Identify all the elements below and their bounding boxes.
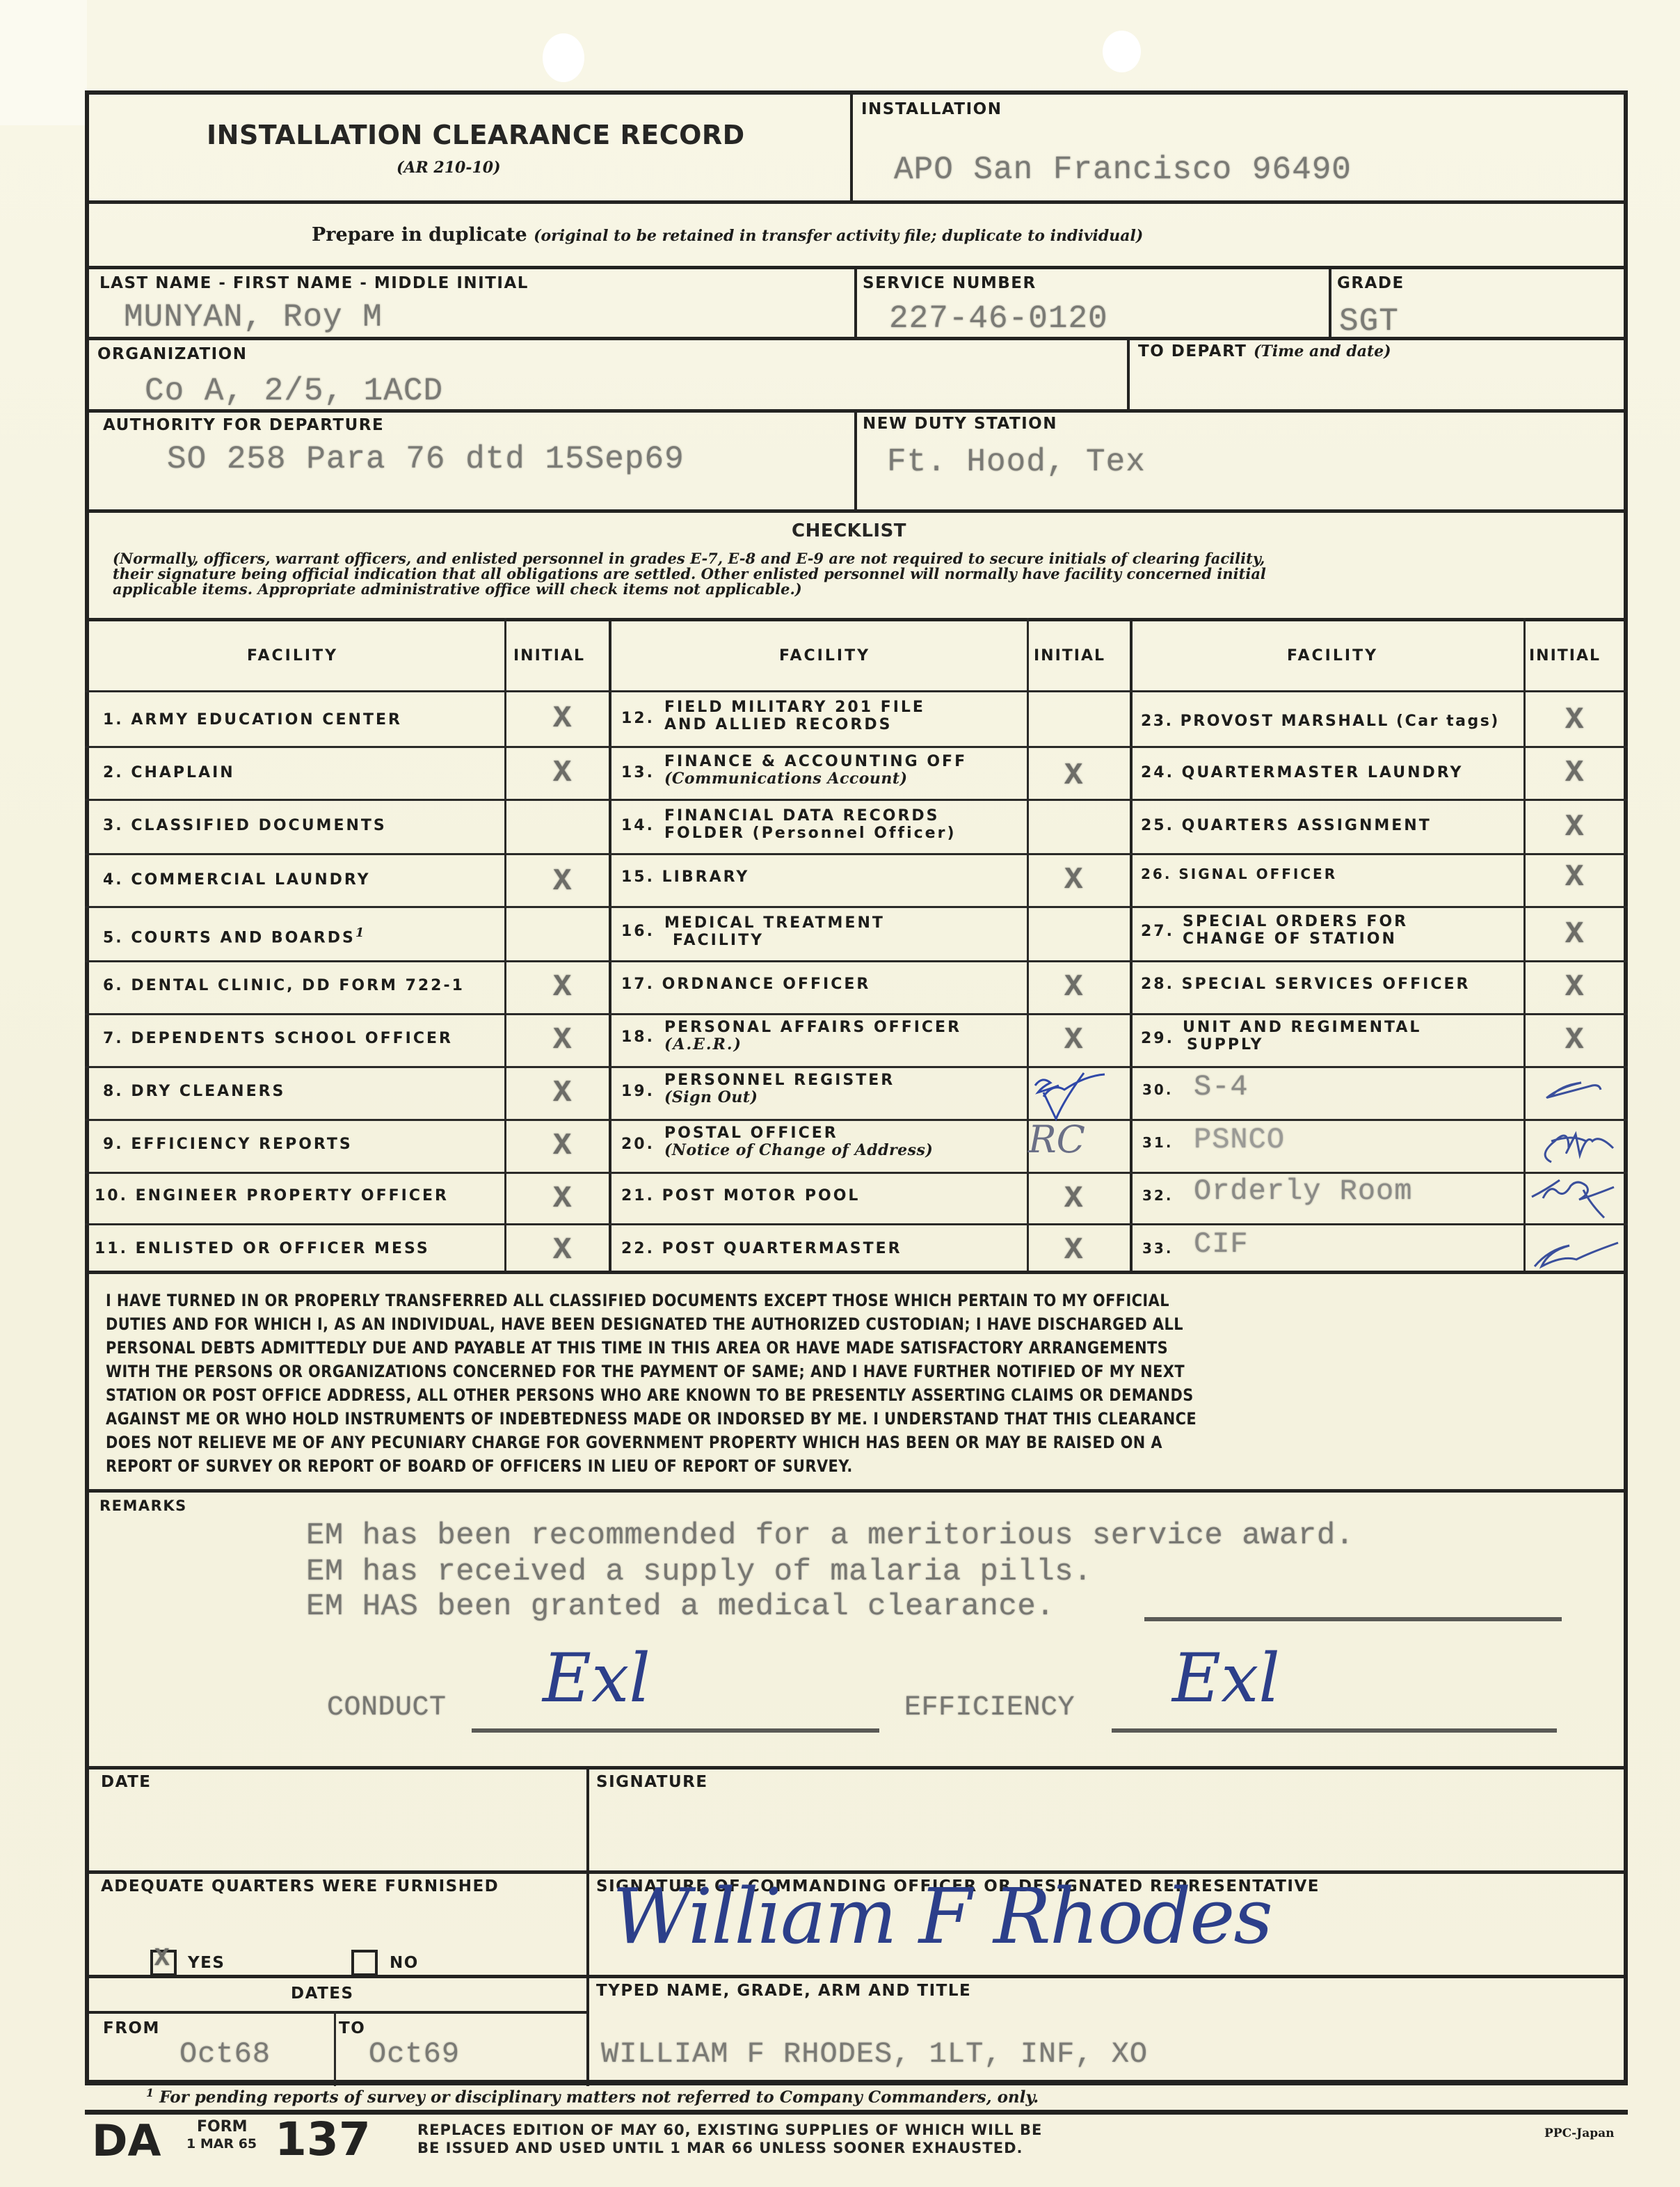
item-label: DEPENDENTS SCHOOL OFFICER xyxy=(131,1030,453,1047)
footnote-text: For pending reports of survey or discipl… xyxy=(159,2088,1039,2107)
item-label: ENGINEER PROPERTY OFFICER xyxy=(136,1187,449,1204)
checklist-note-line: (Normally, officers, warrant officers, a… xyxy=(113,551,1266,566)
certification-line: WITH THE PERSONS OR ORGANIZATIONS CONCER… xyxy=(106,1360,1197,1383)
item-number: 3. xyxy=(103,817,124,834)
to-field[interactable]: Oct69 xyxy=(369,2037,460,2071)
item-label: EFFICIENCY REPORTS xyxy=(131,1136,352,1153)
certification-line: AGAINST ME OR WHO HOLD INSTRUMENTS OF IN… xyxy=(106,1407,1197,1431)
item-number: 5. xyxy=(103,929,124,946)
item-label-line2: CHANGE OF STATION xyxy=(1183,930,1408,948)
initial-mark[interactable]: X xyxy=(1064,863,1082,898)
signature-field[interactable] xyxy=(596,1802,1612,1865)
certification-line: REPORT OF SURVEY OR REPORT OF BOARD OF O… xyxy=(106,1454,1197,1478)
item-number: 8. xyxy=(103,1083,124,1100)
checklist-item-33: CIF xyxy=(1194,1227,1249,1261)
checklist-item-24: 24. QUARTERMASTER LAUNDRY xyxy=(1141,764,1463,781)
co-signature-field[interactable]: William F Rhodes xyxy=(612,1872,1272,1961)
replaces-note: REPLACES EDITION OF MAY 60, EXISTING SUP… xyxy=(417,2121,1042,2157)
facility-header-2: FACILITY xyxy=(779,647,870,665)
initial-mark[interactable]: X xyxy=(1565,1023,1583,1058)
item-label-line2: FOLDER (Personnel Officer) xyxy=(664,825,957,842)
certification-line: I HAVE TURNED IN OR PROPERLY TRANSFERRED… xyxy=(106,1289,1197,1312)
initial-mark[interactable]: X xyxy=(1064,1182,1082,1216)
form-page: INSTALLATION CLEARANCE RECORD (AR 210-10… xyxy=(0,0,1680,2187)
name-label: LAST NAME - FIRST NAME - MIDDLE INITIAL xyxy=(99,274,529,292)
item-label: CLASSIFIED DOCUMENTS xyxy=(131,817,386,834)
item-number: 6. xyxy=(103,977,124,994)
checklist-item-17: 17. ORDNANCE OFFICER xyxy=(621,976,870,993)
item-label: ENLISTED OR OFFICER MESS xyxy=(136,1240,430,1257)
form-date: 1 MAR 65 xyxy=(186,2136,257,2152)
to-depart-hint: (Time and date) xyxy=(1254,342,1391,360)
new-duty-label: NEW DUTY STATION xyxy=(863,415,1057,433)
signature-label: SIGNATURE xyxy=(596,1773,708,1791)
date-field[interactable] xyxy=(101,1802,574,1865)
initial-mark[interactable]: X xyxy=(553,1023,571,1058)
item-label: PERSONNEL REGISTER xyxy=(664,1072,895,1089)
item-label: LIBRARY xyxy=(662,868,750,886)
from-label: FROM xyxy=(103,2019,160,2037)
item-number: 30. xyxy=(1142,1081,1173,1099)
checklist-item-13: FINANCE & ACCOUNTING OFF(Communications … xyxy=(664,753,967,788)
authority-field[interactable]: SO 258 Para 76 dtd 15Sep69 xyxy=(167,441,685,477)
checklist-item-16: MEDICAL TREATMENTFACILITY xyxy=(664,914,885,949)
item-label: FIELD MILITARY 201 FILE xyxy=(664,699,925,716)
typed-name-label: TYPED NAME, GRADE, ARM AND TITLE xyxy=(596,1982,971,2000)
checklist-item-18: PERSONAL AFFAIRS OFFICER(A.E.R.) xyxy=(664,1019,961,1053)
form-word: FORM xyxy=(197,2118,248,2136)
yes-label: YES xyxy=(188,1954,225,1972)
item-number: 32. xyxy=(1142,1187,1173,1204)
checklist-item-6: 6. DENTAL CLINIC, DD FORM 722-1 xyxy=(103,977,465,994)
prepare-note-bold: Prepare in duplicate xyxy=(312,224,527,246)
name-field[interactable]: MUNYAN, Roy M xyxy=(124,299,383,335)
grade-label: GRADE xyxy=(1337,274,1405,292)
certification-line: DUTIES AND FOR WHICH I, AS AN INDIVIDUAL… xyxy=(106,1312,1197,1336)
item-label: SIGNAL OFFICER xyxy=(1178,866,1337,882)
item-number: 16. xyxy=(621,923,655,940)
item-label-line2: FACILITY xyxy=(664,932,885,949)
item-label: CHAPLAIN xyxy=(131,764,234,781)
item-label: MEDICAL TREATMENT xyxy=(664,914,885,932)
checklist-item-14: FINANCIAL DATA RECORDSFOLDER (Personnel … xyxy=(664,807,957,842)
to-depart-field[interactable] xyxy=(1138,369,1618,406)
initial-mark[interactable]: X xyxy=(1064,970,1082,1005)
item-label: POST QUARTERMASTER xyxy=(662,1240,902,1257)
initial-mark[interactable]: X xyxy=(553,756,571,790)
checklist-item-3: 3. CLASSIFIED DOCUMENTS xyxy=(103,817,387,834)
checklist-item-30: S-4 xyxy=(1194,1070,1249,1104)
item-number: 22. xyxy=(621,1240,655,1257)
item-label: FINANCE & ACCOUNTING OFF xyxy=(664,753,967,770)
remarks-line-1[interactable]: EM has been recommended for a meritoriou… xyxy=(306,1518,1354,1553)
item-label: PERSONAL AFFAIRS OFFICER xyxy=(664,1019,961,1036)
initial-mark[interactable]: X xyxy=(553,1076,571,1111)
checklist-item-11: 11. ENLISTED OR OFFICER MESS xyxy=(95,1240,430,1257)
item-label: COMMERCIAL LAUNDRY xyxy=(131,871,370,889)
item-number: 10. xyxy=(95,1187,128,1204)
no-checkbox[interactable] xyxy=(351,1950,378,1976)
service-number-field[interactable]: 227-46-0120 xyxy=(889,301,1108,337)
checklist-item-29: UNIT AND REGIMENTALSUPPLY xyxy=(1183,1019,1421,1053)
checklist-item-25: 25. QUARTERS ASSIGNMENT xyxy=(1141,817,1432,834)
checklist-item-5: 5. COURTS AND BOARDS1 xyxy=(103,924,366,946)
item-label: POSTAL OFFICER xyxy=(664,1124,933,1142)
item-number: 2. xyxy=(103,764,124,781)
handwritten-initial-icon[interactable] xyxy=(1523,1113,1628,1176)
item-number: 20. xyxy=(621,1136,655,1153)
prepare-note-italic: (original to be retained in transfer act… xyxy=(534,227,1143,245)
yes-check-mark: X xyxy=(154,1944,170,1973)
checklist-item-4: 4. COMMERCIAL LAUNDRY xyxy=(103,871,371,889)
initial-mark[interactable]: X xyxy=(1565,917,1583,952)
footnote-marker: 1 xyxy=(146,2086,154,2099)
organization-label: ORGANIZATION xyxy=(97,345,248,363)
new-duty-field[interactable]: Ft. Hood, Tex xyxy=(887,444,1146,480)
item-label-line2: AND ALLIED RECORDS xyxy=(664,716,925,733)
checklist-item-22: 22. POST QUARTERMASTER xyxy=(621,1240,902,1257)
item-number: 14. xyxy=(621,817,655,834)
item-label-line2: (Sign Out) xyxy=(664,1089,895,1106)
item-number: 9. xyxy=(103,1136,124,1153)
item-label: ARMY EDUCATION CENTER xyxy=(131,711,402,729)
item-label: FINANCIAL DATA RECORDS xyxy=(664,807,957,825)
item-label-line2: (Communications Account) xyxy=(664,770,967,788)
form-title: INSTALLATION CLEARANCE RECORD xyxy=(207,120,745,150)
item-number: 4. xyxy=(103,871,124,889)
certification-statement: I HAVE TURNED IN OR PROPERLY TRANSFERRED… xyxy=(106,1289,1197,1478)
item-number: 23. xyxy=(1141,713,1173,730)
facility-header-3: FACILITY xyxy=(1287,647,1378,665)
initial-mark[interactable]: X xyxy=(553,701,571,736)
date-label: DATE xyxy=(101,1773,152,1791)
item-number: 24. xyxy=(1141,764,1174,781)
remarks-line-3[interactable]: EM HAS been granted a medical clearance. xyxy=(306,1589,1055,1624)
item-label: ORDNANCE OFFICER xyxy=(662,976,871,993)
service-number-label: SERVICE NUMBER xyxy=(863,274,1037,292)
checklist-item-21: 21. POST MOTOR POOL xyxy=(621,1187,860,1204)
checklist-note-line: applicable items. Appropriate administra… xyxy=(113,582,1266,597)
footnote: 1 For pending reports of survey or disci… xyxy=(146,2086,1039,2107)
remarks-line-2[interactable]: EM has received a supply of malaria pill… xyxy=(306,1554,1092,1589)
checklist-item-9: 9. EFFICIENCY REPORTS xyxy=(103,1136,353,1153)
item-number: 13. xyxy=(621,764,655,781)
initial-mark[interactable]: X xyxy=(1064,1233,1082,1268)
checklist-item-15: 15. LIBRARY xyxy=(621,868,749,886)
checklist-item-7: 7. DEPENDENTS SCHOOL OFFICER xyxy=(103,1030,453,1047)
to-depart-label-text: TO DEPART xyxy=(1138,342,1247,360)
item-label-line2: (A.E.R.) xyxy=(664,1036,961,1053)
item-number: 21. xyxy=(621,1187,655,1204)
remarks-label: REMARKS xyxy=(99,1497,187,1514)
grade-field[interactable]: SGT xyxy=(1339,303,1399,340)
to-label: TO xyxy=(339,2019,365,2037)
prepare-note: Prepare in duplicate (original to be ret… xyxy=(312,224,1143,246)
conduct-field[interactable]: Exl xyxy=(543,1639,650,1717)
checklist-item-2: 2. CHAPLAIN xyxy=(103,764,235,781)
authority-label: AUTHORITY FOR DEPARTURE xyxy=(103,416,384,434)
item-label: QUARTERMASTER LAUNDRY xyxy=(1182,764,1464,781)
initial-mark[interactable]: X xyxy=(1565,756,1583,790)
item-number: 25. xyxy=(1141,817,1174,834)
checklist-item-26: 26. SIGNAL OFFICER xyxy=(1141,866,1337,883)
organization-field[interactable]: Co A, 2/5, 1ACD xyxy=(145,373,443,409)
handwritten-initial-icon[interactable] xyxy=(1529,1067,1626,1116)
item-number: 31. xyxy=(1142,1134,1173,1152)
item-number: 15. xyxy=(621,868,655,886)
initial-mark[interactable]: X xyxy=(553,1182,571,1216)
certification-line: PERSONAL DEBTS ADMITTEDLY DUE AND PAYABL… xyxy=(106,1336,1197,1360)
checklist-item-8: 8. DRY CLEANERS xyxy=(103,1083,285,1100)
item-number: 12. xyxy=(621,710,655,727)
quarters-label: ADEQUATE QUARTERS WERE FURNISHED xyxy=(101,1877,499,1895)
torn-corner xyxy=(0,0,87,125)
item-number: 28. xyxy=(1141,976,1174,993)
initial-header-1: INITIAL xyxy=(513,647,585,665)
replaces-line: BE ISSUED AND USED UNTIL 1 MAR 66 UNLESS… xyxy=(417,2139,1042,2157)
checklist-item-31: PSNCO xyxy=(1194,1123,1285,1156)
initial-header-3: INITIAL xyxy=(1529,647,1601,665)
checklist-item-12: FIELD MILITARY 201 FILEAND ALLIED RECORD… xyxy=(664,699,925,733)
installation-label: INSTALLATION xyxy=(861,100,1002,118)
printer-mark: PPC-Japan xyxy=(1544,2126,1614,2140)
item-label: QUARTERS ASSIGNMENT xyxy=(1182,817,1432,834)
punch-hole xyxy=(543,33,584,82)
item-label: PROVOST MARSHALL (Car tags) xyxy=(1181,713,1500,730)
checklist-item-1: 1. ARMY EDUCATION CENTER xyxy=(103,711,402,729)
item-label: SPECIAL SERVICES OFFICER xyxy=(1182,976,1471,993)
facility-header-1: FACILITY xyxy=(247,647,338,665)
efficiency-field[interactable]: Exl xyxy=(1172,1639,1280,1717)
efficiency-label: EFFICIENCY xyxy=(904,1692,1075,1724)
checklist-item-27: SPECIAL ORDERS FORCHANGE OF STATION xyxy=(1183,913,1408,948)
checklist-item-23: 23. PROVOST MARSHALL (Car tags) xyxy=(1141,713,1500,730)
initial-mark[interactable]: X xyxy=(553,1233,571,1268)
item-label-line2: (Notice of Change of Address) xyxy=(664,1142,933,1159)
conduct-label: CONDUCT xyxy=(327,1692,447,1724)
checklist-item-28: 28. SPECIAL SERVICES OFFICER xyxy=(1141,976,1470,993)
handwritten-initial-icon[interactable] xyxy=(1528,1169,1625,1225)
regulation-ref: (AR 210-10) xyxy=(397,159,501,177)
initial-mark[interactable]: X xyxy=(1565,810,1583,845)
from-field[interactable]: Oct68 xyxy=(179,2037,271,2071)
yes-checkbox[interactable]: X xyxy=(150,1950,177,1976)
to-depart-label: TO DEPART (Time and date) xyxy=(1138,342,1391,360)
checklist-title: CHECKLIST xyxy=(792,520,906,541)
certification-line: DOES NOT RELIEVE ME OF ANY PECUNIARY CHA… xyxy=(106,1431,1197,1454)
initial-mark[interactable]: RC xyxy=(1028,1118,1085,1161)
initial-mark[interactable]: X xyxy=(1064,758,1082,793)
initial-mark[interactable]: X xyxy=(553,864,571,899)
item-label: SPECIAL ORDERS FOR xyxy=(1183,913,1408,930)
checklist-note-line: their signature being official indicatio… xyxy=(113,566,1266,582)
item-label: COURTS AND BOARDS xyxy=(131,929,355,946)
handwritten-initial-icon[interactable] xyxy=(1528,1225,1625,1273)
initial-mark[interactable]: X xyxy=(1064,1023,1082,1058)
checklist-item-32: Orderly Room xyxy=(1194,1175,1412,1208)
item-number: 27. xyxy=(1141,923,1174,940)
replaces-line: REPLACES EDITION OF MAY 60, EXISTING SUP… xyxy=(417,2121,1042,2139)
initial-mark[interactable]: X xyxy=(553,970,571,1005)
typed-name-field[interactable]: WILLIAM F RHODES, 1LT, INF, XO xyxy=(601,2037,1148,2071)
item-number: 11. xyxy=(95,1240,128,1257)
checklist-item-10: 10. ENGINEER PROPERTY OFFICER xyxy=(95,1187,449,1204)
checklist-note: (Normally, officers, warrant officers, a… xyxy=(113,551,1266,597)
initial-header-2: INITIAL xyxy=(1034,647,1105,665)
form-number: 137 xyxy=(275,2113,371,2166)
item-number: 19. xyxy=(621,1083,655,1100)
item-label: POST MOTOR POOL xyxy=(662,1187,861,1204)
item-number: 18. xyxy=(621,1028,655,1046)
dates-label: DATES xyxy=(291,1985,354,2003)
initial-mark[interactable]: X xyxy=(553,1129,571,1163)
item-number: 29. xyxy=(1141,1030,1174,1047)
installation-field[interactable]: APO San Francisco 96490 xyxy=(894,152,1352,188)
item-number: 17. xyxy=(621,976,655,993)
item-label: DENTAL CLINIC, DD FORM 722-1 xyxy=(131,977,465,994)
punch-hole xyxy=(1103,31,1141,72)
form-prefix: DA xyxy=(92,2115,161,2166)
footnote-marker: 1 xyxy=(355,925,367,940)
item-label-line2: SUPPLY xyxy=(1183,1036,1421,1053)
initial-mark[interactable]: X xyxy=(1565,703,1583,738)
item-number: 7. xyxy=(103,1030,124,1047)
initial-mark[interactable]: X xyxy=(1565,970,1583,1005)
certification-line: STATION OR POST OFFICE ADDRESS, ALL OTHE… xyxy=(106,1383,1197,1407)
checklist-item-19: PERSONNEL REGISTER(Sign Out) xyxy=(664,1072,895,1106)
initial-mark[interactable]: X xyxy=(1565,860,1583,895)
item-number: 1. xyxy=(103,711,124,729)
checklist-item-20: POSTAL OFFICER(Notice of Change of Addre… xyxy=(664,1124,933,1159)
item-label: DRY CLEANERS xyxy=(131,1083,285,1100)
item-label: UNIT AND REGIMENTAL xyxy=(1183,1019,1421,1036)
item-number: 33. xyxy=(1142,1240,1173,1257)
no-label: NO xyxy=(390,1954,419,1972)
item-number: 26. xyxy=(1141,866,1171,882)
